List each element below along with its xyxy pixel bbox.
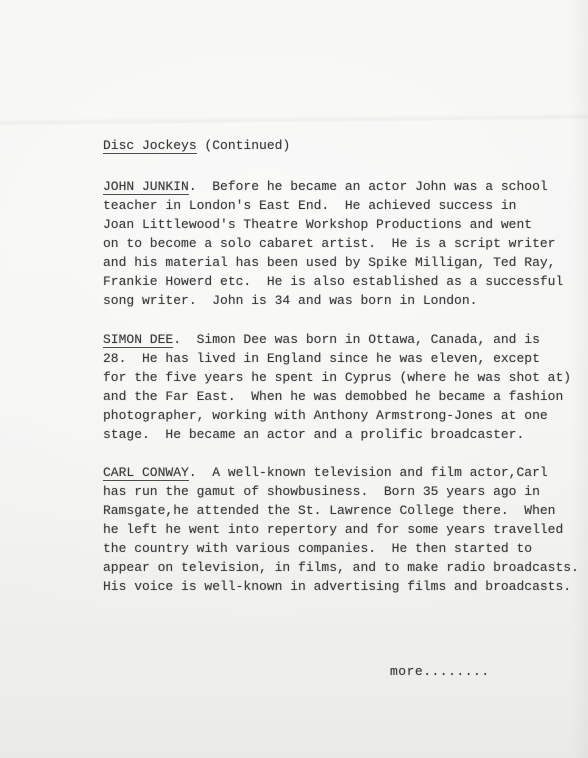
page-title: Disc Jockeys (Continued) — [103, 136, 573, 155]
scanned-typewritten-page: Disc Jockeys (Continued) JOHN JUNKIN. Be… — [0, 0, 588, 758]
text-line: and his material has been used by Spike … — [103, 253, 573, 272]
scan-edge-shadow — [572, 0, 588, 758]
text-line: he left he went into repertory and for s… — [103, 520, 573, 539]
text-line: Frankie Howerd etc. He is also establish… — [103, 272, 573, 291]
text-line: the country with various companies. He t… — [103, 539, 573, 558]
text-line: has run the gamut of showbusiness. Born … — [103, 482, 573, 501]
text-line: JOHN JUNKIN. Before he became an actor J… — [103, 177, 573, 196]
text-line-rest: . Before he became an actor John was a s… — [189, 179, 548, 194]
bio-paragraph-carl-conway: CARL CONWAY. A well-known television and… — [103, 463, 573, 596]
text-line: SIMON DEE. Simon Dee was born in Ottawa,… — [103, 330, 573, 349]
entry-heading: SIMON DEE — [103, 332, 173, 348]
text-line-rest: . A well-known television and film actor… — [189, 465, 548, 480]
entry-heading: JOHN JUNKIN — [103, 179, 189, 195]
page-title-rest: (Continued) — [197, 138, 291, 153]
bio-paragraph-john-junkin: JOHN JUNKIN. Before he became an actor J… — [103, 177, 573, 310]
text-line: and the Far East. When he was demobbed h… — [103, 387, 573, 406]
text-line: on to become a solo cabaret artist. He i… — [103, 234, 573, 253]
text-line-rest: . Simon Dee was born in Ottawa, Canada, … — [173, 332, 540, 347]
text-line: Joan Littlewood's Theatre Workshop Produ… — [103, 215, 573, 234]
text-line: CARL CONWAY. A well-known television and… — [103, 463, 573, 482]
bio-paragraph-simon-dee: SIMON DEE. Simon Dee was born in Ottawa,… — [103, 330, 573, 444]
page-title-underlined: Disc Jockeys — [103, 138, 197, 154]
text-line: Ramsgate,he attended the St. Lawrence Co… — [103, 501, 573, 520]
text-line: photographer, working with Anthony Armst… — [103, 406, 573, 425]
text-line: teacher in London's East End. He achieve… — [103, 196, 573, 215]
text-line: 28. He has lived in England since he was… — [103, 349, 573, 368]
text-line: for the five years he spent in Cyprus (w… — [103, 368, 573, 387]
entry-heading: CARL CONWAY — [103, 465, 189, 481]
text-line: His voice is well-known in advertising f… — [103, 577, 573, 596]
paper-crease — [0, 113, 588, 129]
text-line: appear on television, in films, and to m… — [103, 558, 573, 577]
more-continuation-indicator: more........ — [390, 662, 573, 681]
page-content: Disc Jockeys (Continued) JOHN JUNKIN. Be… — [103, 136, 573, 681]
text-line: stage. He became an actor and a prolific… — [103, 425, 573, 444]
text-line: song writer. John is 34 and was born in … — [103, 291, 573, 310]
